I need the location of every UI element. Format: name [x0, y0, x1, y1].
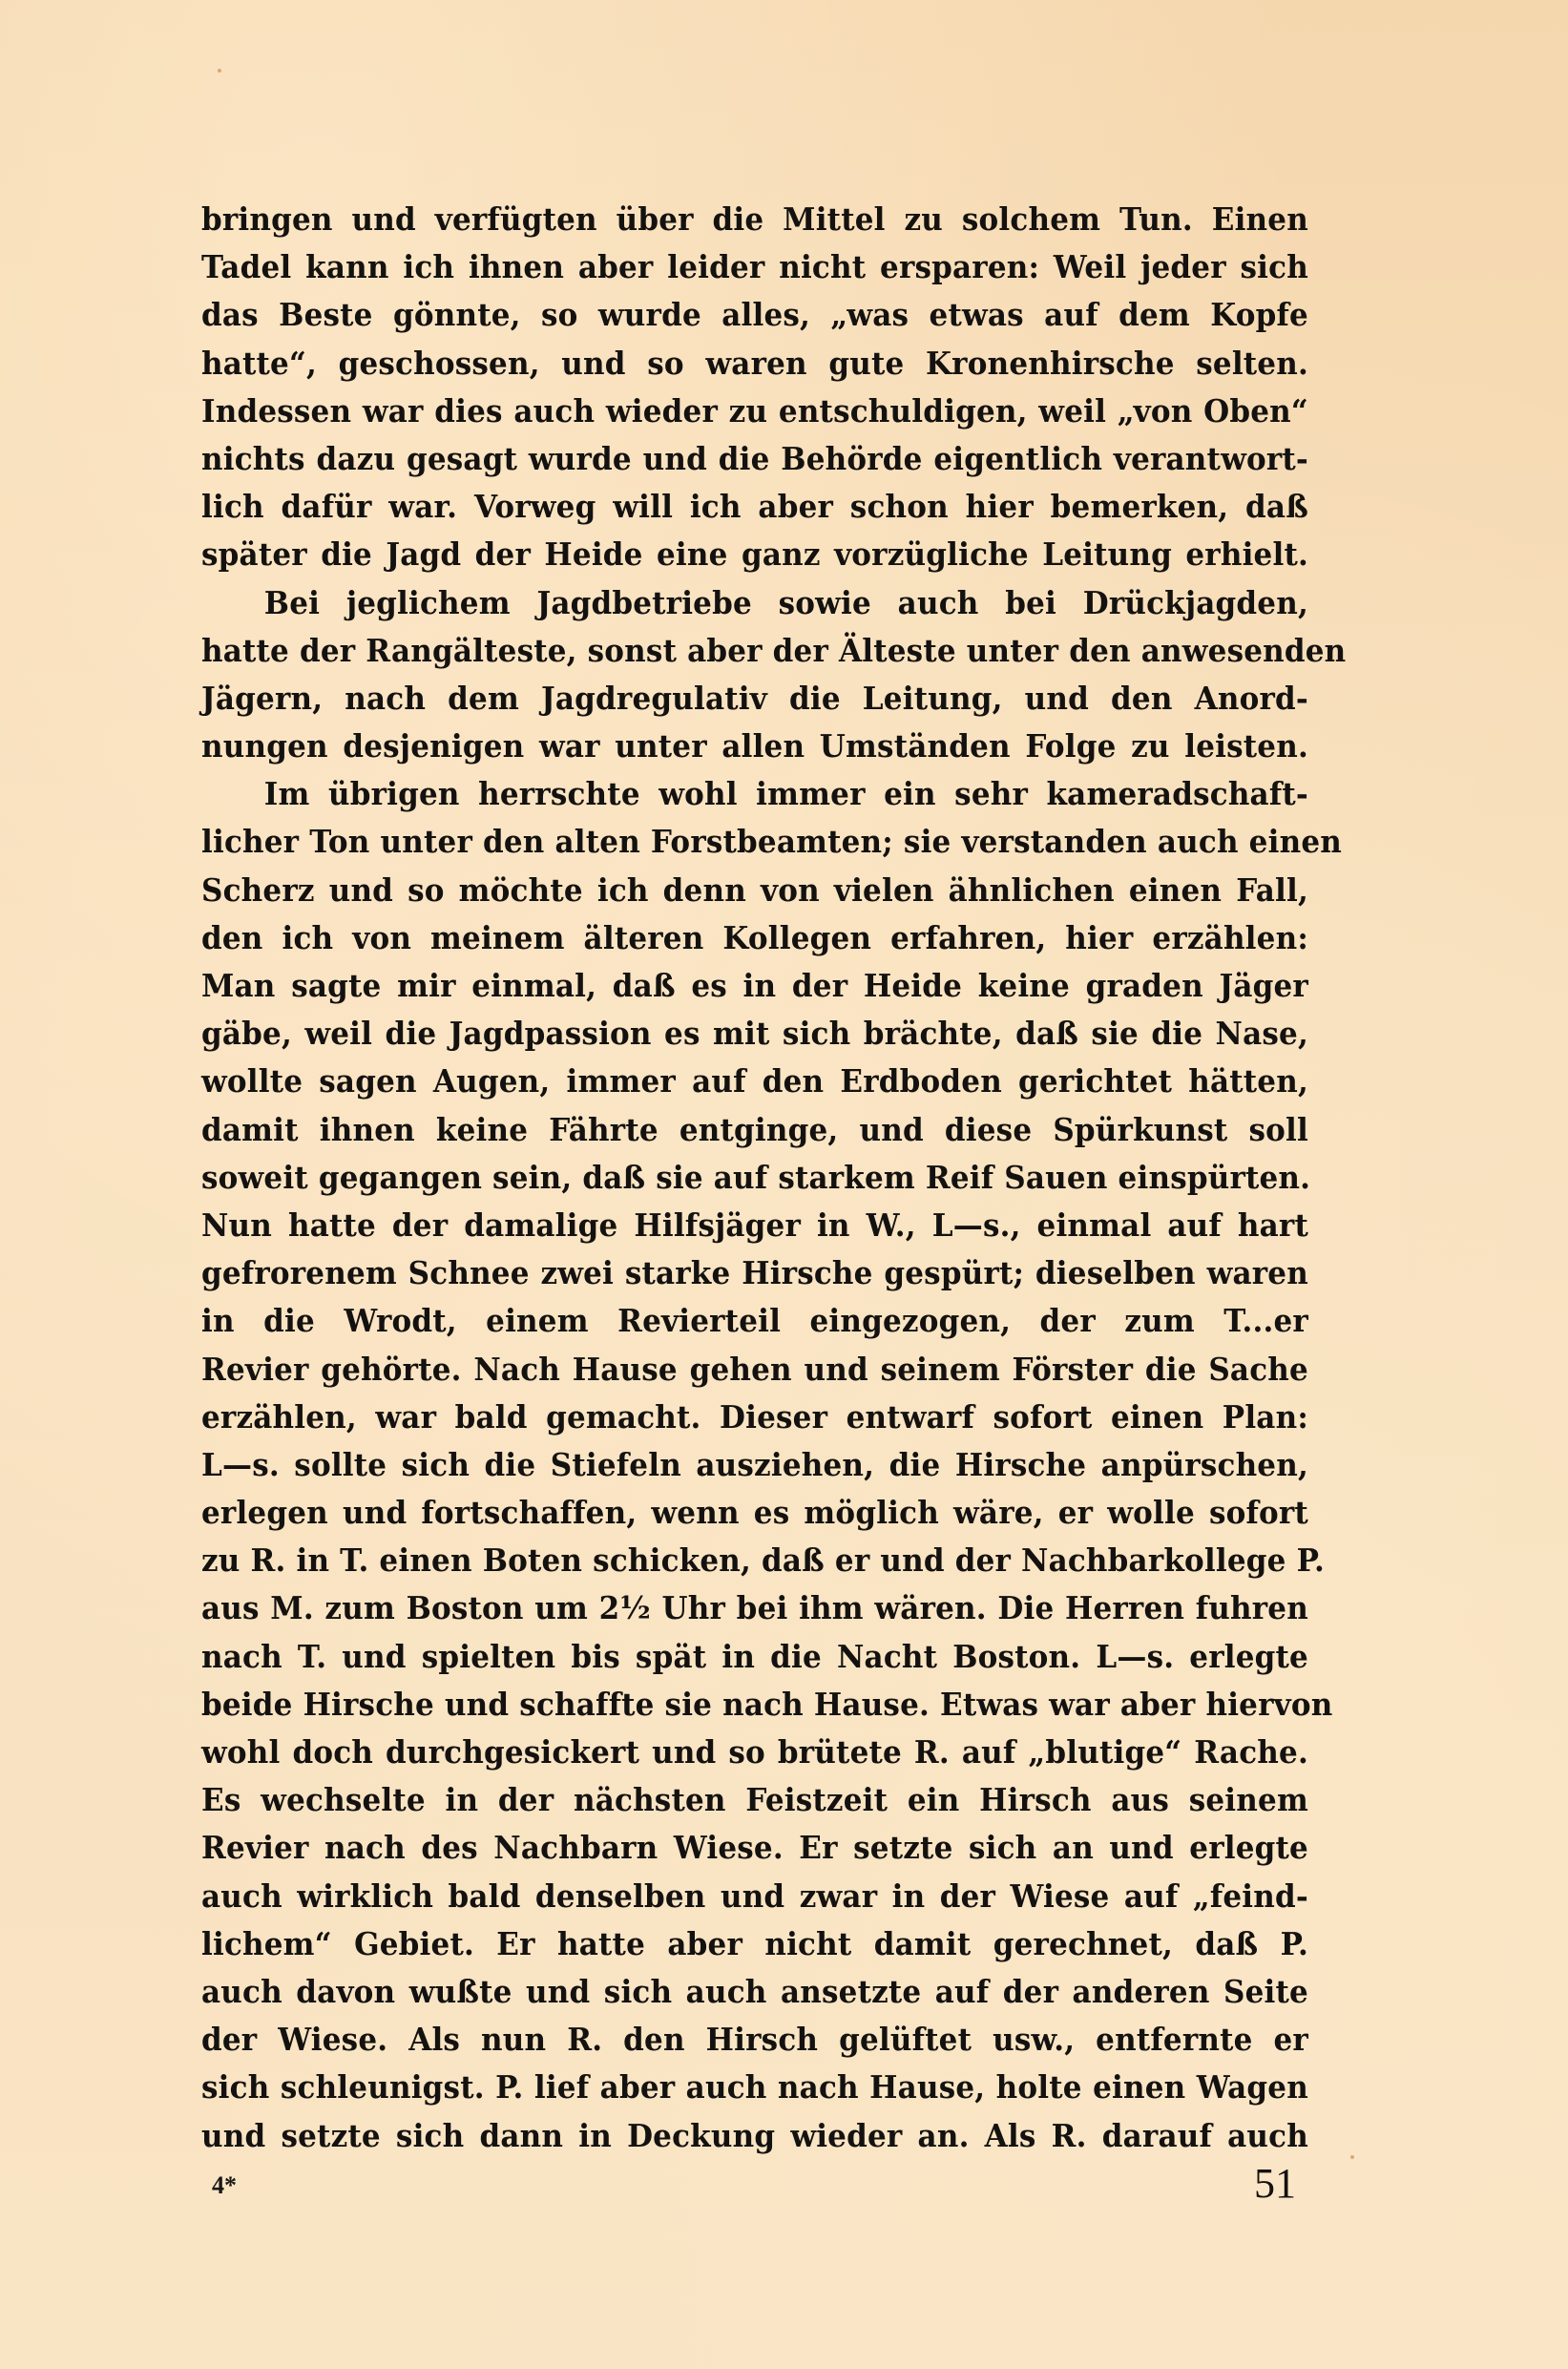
- text-line: sich schleunigst. P. lief aber auch nach…: [201, 2064, 1308, 2111]
- text-line: zu R. in T. einen Boten schicken, daß er…: [201, 1537, 1308, 1584]
- text-line: hatte“, geschossen, und so waren gute Kr…: [201, 340, 1308, 388]
- text-line: in die Wrodt, einem Revierteil eingezoge…: [201, 1297, 1308, 1345]
- text-line: Scherz und so möchte ich denn von vielen…: [201, 867, 1308, 914]
- text-line: Jägern, nach dem Jagdregulativ die Leitu…: [201, 675, 1308, 723]
- text-line: bringen und verfügten über die Mittel zu…: [201, 196, 1308, 243]
- text-line: wohl doch durchgesickert und so brütete …: [201, 1729, 1308, 1776]
- paragraph-start-line: Bei jeglichem Jagdbetriebe sowie auch be…: [201, 579, 1308, 627]
- text-line: gefrorenem Schnee zwei starke Hirsche ge…: [201, 1249, 1308, 1297]
- text-line: Es wechselte in der nächsten Feistzeit e…: [201, 1776, 1308, 1824]
- text-line: auch davon wußte und sich auch ansetzte …: [201, 1968, 1308, 2016]
- text-line: licher Ton unter den alten Forstbeamten;…: [201, 818, 1308, 866]
- signature-mark: 4*: [212, 2171, 237, 2200]
- text-line: nungen desjenigen war unter allen Umstän…: [201, 723, 1308, 770]
- paper-speck: [218, 69, 221, 73]
- text-line: aus M. zum Boston um 2½ Uhr bei ihm wäre…: [201, 1584, 1308, 1632]
- text-line: lich dafür war. Vorweg will ich aber sch…: [201, 483, 1308, 531]
- text-line: erzählen, war bald gemacht. Dieser entwa…: [201, 1394, 1308, 1441]
- paragraph-start-line: Im übrigen herrschte wohl immer ein sehr…: [201, 770, 1308, 818]
- text-line: L—s. sollte sich die Stiefeln ausziehen,…: [201, 1441, 1308, 1489]
- text-line: hatte der Rangälteste, sonst aber der Äl…: [201, 627, 1308, 675]
- text-line: Revier gehörte. Nach Hause gehen und sei…: [201, 1346, 1308, 1394]
- text-line: Man sagte mir einmal, daß es in der Heid…: [201, 962, 1308, 1010]
- text-line: nach T. und spielten bis spät in die Nac…: [201, 1633, 1308, 1681]
- text-line: den ich von meinem älteren Kollegen erfa…: [201, 914, 1308, 962]
- body-text: bringen und verfügten über die Mittel zu…: [201, 196, 1308, 2160]
- text-line: erlegen und fortschaffen, wenn es möglic…: [201, 1489, 1308, 1537]
- text-line: gäbe, weil die Jagdpassion es mit sich b…: [201, 1010, 1308, 1058]
- text-line: Tadel kann ich ihnen aber leider nicht e…: [201, 243, 1308, 291]
- text-line: damit ihnen keine Fährte entginge, und d…: [201, 1106, 1308, 1154]
- text-line: lichem“ Gebiet. Er hatte aber nicht dami…: [201, 1920, 1308, 1968]
- text-line: Nun hatte der damalige Hilfsjäger in W.,…: [201, 1202, 1308, 1249]
- text-line: nichts dazu gesagt wurde und die Behörde…: [201, 435, 1308, 483]
- text-line: das Beste gönnte, so wurde alles, „was e…: [201, 291, 1308, 339]
- text-line: und setzte sich dann in Deckung wieder a…: [201, 2112, 1308, 2160]
- text-line: beide Hirsche und schaffte sie nach Haus…: [201, 1681, 1308, 1729]
- text-line: Revier nach des Nachbarn Wiese. Er setzt…: [201, 1824, 1308, 1872]
- text-line: soweit gegangen sein, daß sie auf starke…: [201, 1154, 1308, 1202]
- text-line: wollte sagen Augen, immer auf den Erdbod…: [201, 1058, 1308, 1105]
- text-line: auch wirklich bald denselben und zwar in…: [201, 1873, 1308, 1920]
- text-line: der Wiese. Als nun R. den Hirsch gelüfte…: [201, 2016, 1308, 2064]
- paper-speck: [1350, 2155, 1354, 2159]
- text-line: später die Jagd der Heide eine ganz vorz…: [201, 531, 1308, 578]
- page-number: 51: [1254, 2159, 1296, 2208]
- book-page: bringen und verfügten über die Mittel zu…: [0, 0, 1568, 2369]
- text-line: Indessen war dies auch wieder zu entschu…: [201, 388, 1308, 435]
